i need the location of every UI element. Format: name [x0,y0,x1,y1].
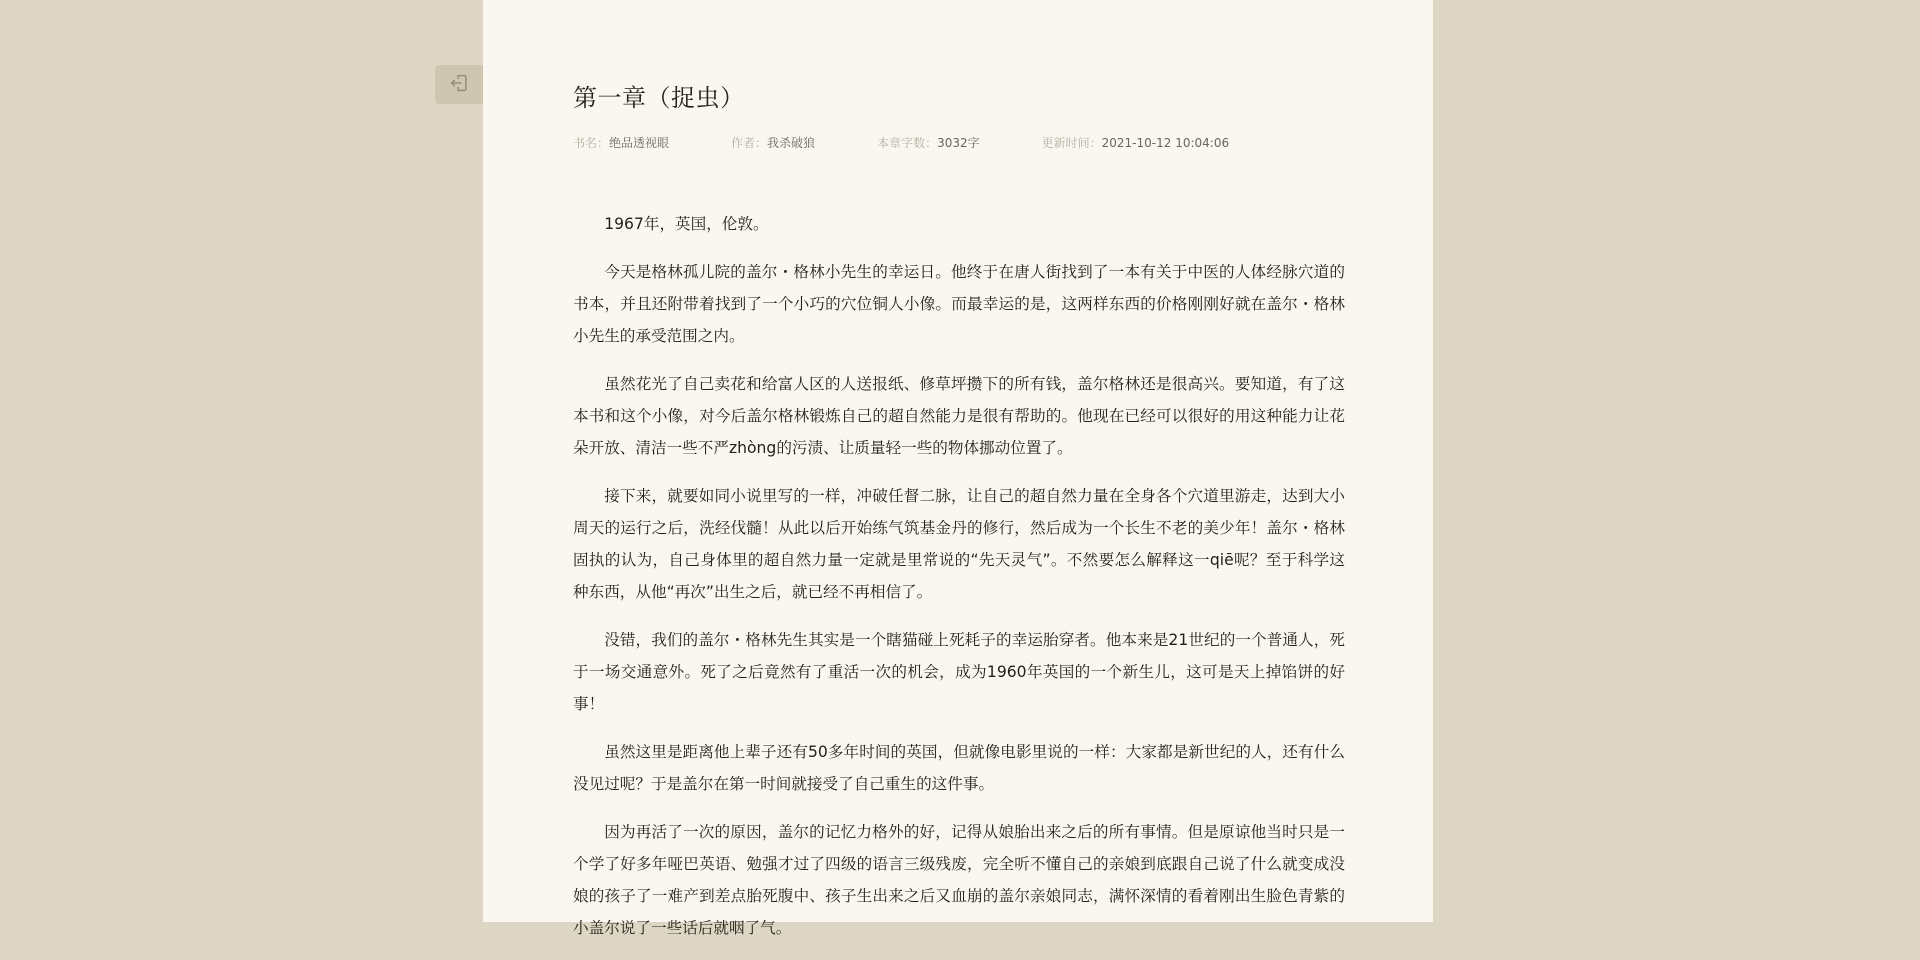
chapter-body: 1967年，英国，伦敦。 今天是格林孤儿院的盖尔・格林小先生的幸运日。他终于在唐… [573,208,1345,922]
meta-word-count-value: 3032字 [937,136,980,150]
exit-reader-button[interactable] [435,65,483,104]
meta-updated-value: 2021-10-12 10:04:06 [1102,136,1229,150]
meta-word-count-label: 本章字数： [877,136,937,150]
paragraph: 因为再活了一次的原因，盖尔的记忆力格外的好，记得从娘胎出来之后的所有事情。但是原… [573,816,1345,922]
meta-book-value: 绝品透视眼 [609,136,669,150]
meta-updated-label: 更新时间： [1042,136,1102,150]
reader-page: 第一章（捉虫） 书名：绝品透视眼 作者：我杀破狼 本章字数：3032字 更新时间… [483,0,1433,922]
meta-author-label: 作者： [731,136,767,150]
chapter-title: 第一章（捉虫） [573,78,745,113]
exit-icon [448,72,470,98]
meta-author: 作者：我杀破狼 [731,134,815,151]
meta-word-count: 本章字数：3032字 [877,134,980,151]
paragraph: 1967年，英国，伦敦。 [573,208,1345,240]
paragraph: 接下来，就要如同小说里写的一样，冲破任督二脉，让自己的超自然力量在全身各个穴道里… [573,480,1345,608]
paragraph: 虽然这里是距离他上辈子还有50多年时间的英国，但就像电影里说的一样：大家都是新世… [573,736,1345,800]
meta-book-label: 书名： [573,136,609,150]
paragraph: 没错，我们的盖尔・格林先生其实是一个瞎猫碰上死耗子的幸运胎穿者。他本来是21世纪… [573,624,1345,720]
meta-author-value: 我杀破狼 [767,136,815,150]
meta-updated: 更新时间：2021-10-12 10:04:06 [1042,134,1229,151]
paragraph: 今天是格林孤儿院的盖尔・格林小先生的幸运日。他终于在唐人街找到了一本有关于中医的… [573,256,1345,352]
paragraph: 虽然花光了自己卖花和给富人区的人送报纸、修草坪攒下的所有钱，盖尔格林还是很高兴。… [573,368,1345,464]
chapter-meta: 书名：绝品透视眼 作者：我杀破狼 本章字数：3032字 更新时间：2021-10… [573,134,1291,151]
meta-book: 书名：绝品透视眼 [573,134,669,151]
